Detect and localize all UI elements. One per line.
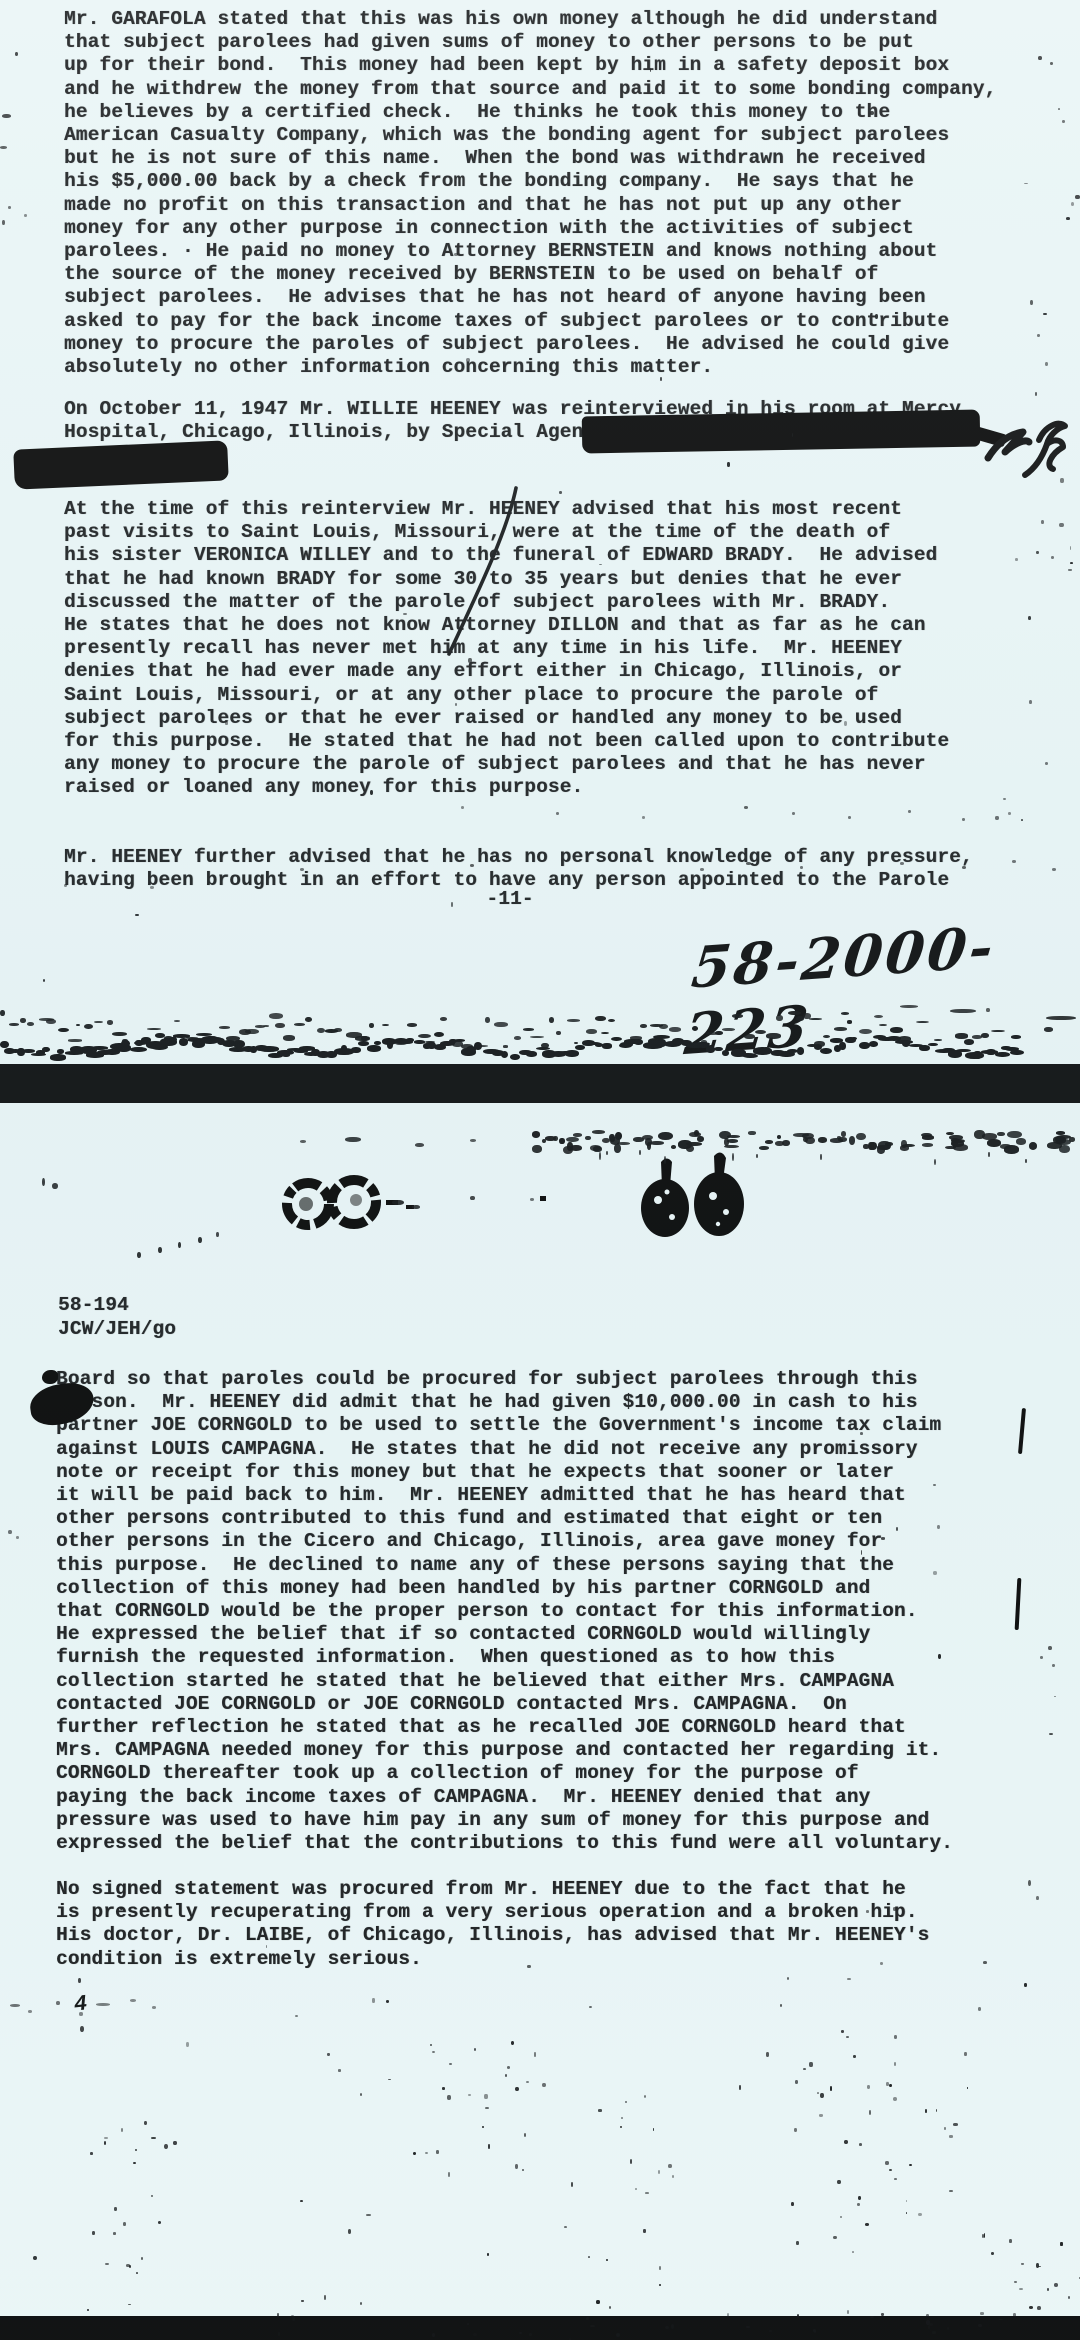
scan-speck [1036, 2263, 1039, 2268]
scan-speck [135, 2149, 137, 2152]
scan-speck [454, 1039, 465, 1042]
scan-speck [515, 2087, 519, 2091]
scan-speck [1011, 1035, 1021, 1039]
scan-speck [559, 491, 562, 494]
typed-file-number: 58-194 [58, 1294, 129, 1317]
typed-paragraph-garafola: Mr. GARAFOLA stated that this was his ow… [64, 8, 996, 379]
scan-speck [840, 2216, 842, 2219]
scan-speck [830, 2086, 833, 2090]
scan-speck [542, 1139, 546, 1143]
scan-speck [601, 1032, 609, 1034]
scan-speck [511, 2041, 514, 2045]
scan-speck [602, 1043, 612, 1048]
scan-speck [908, 810, 911, 813]
scan-speck [78, 1978, 81, 1983]
scan-speck [277, 2313, 279, 2317]
scan-speck [986, 1049, 995, 1055]
scan-speck [96, 2003, 110, 2006]
scan-speck [79, 2012, 83, 2016]
scan-speck [80, 2026, 84, 2032]
scan-speck [890, 1027, 903, 1033]
scan-speck [1007, 1131, 1022, 1138]
scan-speck [43, 979, 45, 982]
scan-speck [1071, 202, 1074, 206]
scan-speck [0, 1010, 5, 1016]
scan-speck [859, 1029, 872, 1034]
scan-speck [706, 1046, 715, 1053]
scan-speck [1048, 1646, 1052, 1650]
scan-speck [611, 1037, 622, 1041]
scan-speck [198, 1237, 202, 1243]
scan-speck [505, 2074, 507, 2078]
scan-speck [10, 2004, 20, 2007]
scan-speck [962, 866, 966, 869]
scan-speck [369, 1023, 374, 1028]
scan-speck [795, 2080, 798, 2084]
scan-speck [819, 2114, 823, 2117]
scan-speck [659, 2284, 661, 2286]
scan-speck [671, 1145, 676, 1149]
scan-speck [953, 2123, 957, 2126]
scan-speck [1037, 334, 1040, 337]
scan-speck [22, 1049, 35, 1053]
scan-speck [880, 1962, 883, 1965]
scan-speck [588, 2256, 590, 2258]
scan-speck [123, 2222, 126, 2226]
scan-speck [997, 1132, 1004, 1136]
scan-speck [794, 2128, 797, 2132]
scan-speck [614, 1144, 621, 1153]
scan-speck [645, 2192, 649, 2194]
scan-speck [1060, 2242, 1062, 2246]
scan-speck [574, 1042, 578, 1044]
scan-speck [147, 1028, 161, 1030]
scan-speck [474, 2048, 476, 2051]
scan-speck [64, 884, 67, 887]
scan-speck [1008, 812, 1011, 815]
scan-speck [983, 1961, 987, 1964]
scan-speck [532, 1145, 541, 1153]
scan-speck [671, 2324, 674, 2329]
scan-speck [283, 1035, 296, 1040]
scan-speck [766, 1033, 781, 1038]
scan-speck [848, 816, 851, 819]
scan-speck [269, 1013, 284, 1019]
scan-speck [275, 1023, 285, 1028]
scan-speck [633, 1137, 644, 1142]
scan-speck [949, 2135, 953, 2137]
scan-speck [1041, 520, 1044, 524]
scan-speck [925, 2109, 927, 2113]
scan-speck [1029, 2306, 1033, 2309]
scan-speck [1050, 62, 1053, 65]
scan-speck [640, 1024, 647, 1028]
scan-speck [526, 1051, 537, 1057]
scan-speck [630, 2159, 632, 2164]
scan-speck [33, 2256, 37, 2260]
scanned-document-page: Mr. GARAFOLA stated that this was his ow… [0, 0, 1080, 2340]
scan-speck [282, 1053, 290, 1057]
scan-speck [900, 1005, 918, 1008]
scan-speck [918, 2213, 922, 2216]
scan-speck [360, 2302, 362, 2305]
scan-speck [1012, 860, 1016, 863]
scan-speck [141, 2257, 144, 2260]
scan-speck [327, 2053, 329, 2056]
scan-speck [621, 2117, 623, 2119]
scan-speck [56, 2001, 60, 2005]
scan-speck [432, 2333, 435, 2337]
scan-speck [361, 1036, 370, 1040]
scan-speck [16, 1536, 19, 1539]
scan-speck [527, 1965, 530, 1969]
scan-speck [934, 1039, 942, 1041]
scan-speck [413, 2152, 416, 2155]
scan-speck [838, 1137, 847, 1142]
scan-speck [861, 1550, 863, 1555]
scan-speck [1062, 120, 1065, 123]
scan-speck [934, 1159, 936, 1165]
scan-speck [114, 2207, 117, 2210]
scan-speck [42, 1047, 49, 1052]
scan-speck [991, 2252, 994, 2255]
scan-speck [1052, 1664, 1055, 1667]
scan-speck [589, 2006, 592, 2008]
scan-speck [889, 2084, 892, 2087]
scan-speck [610, 1137, 621, 1145]
scan-speck [403, 613, 407, 615]
scan-speck [345, 1137, 361, 1142]
redaction-bar-agent-name [582, 410, 981, 454]
scan-speck [425, 2152, 428, 2154]
scan-speck [834, 1027, 847, 1031]
scan-speck [503, 1045, 508, 1047]
scan-speck [530, 1036, 544, 1038]
scan-speck [1054, 1696, 1056, 1698]
scan-speck [553, 1136, 558, 1141]
scan-speck [42, 1178, 45, 1186]
scan-speck [1036, 1896, 1039, 1900]
page-number: -11- [0, 888, 1020, 911]
scan-speck [292, 2316, 295, 2321]
scan-speck [645, 1138, 652, 1146]
scan-speck [1004, 1145, 1020, 1153]
scan-speck [92, 2231, 95, 2234]
scan-speck [936, 2109, 938, 2113]
scan-speck [341, 1045, 347, 1052]
scan-speck [951, 1140, 964, 1147]
scan-speck [442, 2087, 445, 2090]
scan-speck [151, 2137, 155, 2139]
scan-speck [1025, 1159, 1027, 1163]
scan-speck [797, 2314, 799, 2319]
scan-speck [1058, 108, 1061, 110]
scan-speck [300, 868, 304, 871]
scan-speck [625, 2101, 627, 2103]
typed-paragraph-no-statement: No signed statement was procured from Mr… [56, 1878, 929, 1971]
scan-speck [759, 1146, 769, 1150]
scan-speck [27, 1022, 35, 1026]
scan-speck [549, 1017, 554, 1023]
scan-speck [1010, 1050, 1024, 1056]
scan-speck [590, 2325, 594, 2327]
scan-speck [859, 2143, 862, 2146]
scan-speck [87, 2309, 89, 2311]
scan-speck [620, 2126, 622, 2128]
scan-speck [1075, 195, 1079, 199]
scan-speck [932, 2331, 935, 2334]
scan-speck [507, 2066, 510, 2069]
scan-speck [602, 1138, 610, 1143]
scan-speck [665, 2326, 669, 2330]
scan-speck [894, 2035, 897, 2039]
scan-speck [1051, 556, 1054, 559]
scan-speck [386, 2000, 390, 2003]
scan-speck [881, 2313, 884, 2316]
scan-speck [430, 2044, 432, 2046]
scan-speck [739, 2085, 741, 2090]
scan-speck [1024, 183, 1028, 185]
scan-speck [744, 806, 748, 809]
scan-speck [174, 1020, 181, 1022]
scan-speck [669, 1027, 681, 1032]
scan-speck [186, 2042, 189, 2047]
scan-speck [1049, 1733, 1053, 1735]
scan-speck [833, 2236, 837, 2239]
scan-speck [1028, 1880, 1031, 1886]
scan-speck [995, 1052, 1010, 1057]
scan-speck [128, 2304, 131, 2306]
scan-speck [846, 2036, 849, 2038]
scan-speck [387, 1041, 393, 1049]
scan-speck [776, 1015, 783, 1021]
scan-speck [263, 1025, 269, 1027]
scan-speck [658, 2170, 660, 2174]
scan-speck [484, 2094, 487, 2099]
scan-speck [556, 1031, 561, 1035]
scan-speck [782, 1140, 790, 1146]
scan-speck [1070, 562, 1073, 564]
scan-speck [595, 1016, 606, 1021]
scan-speck [1013, 2313, 1016, 2317]
scan-speck [434, 1032, 445, 1038]
scan-speck [50, 1054, 65, 1060]
scan-speck [660, 377, 662, 382]
scan-speck [1038, 56, 1042, 60]
scan-speck [105, 2263, 109, 2265]
pen-stroke [440, 484, 530, 659]
scan-speck [225, 721, 227, 725]
scan-speck [0, 146, 7, 149]
scan-speck [885, 2161, 889, 2165]
scan-speck [732, 1014, 743, 1018]
scan-speck [407, 1023, 417, 1027]
scan-speck [869, 1041, 878, 1047]
scan-speck [487, 2253, 489, 2257]
scan-speck [300, 1140, 306, 1143]
scan-speck [440, 1017, 447, 1021]
scan-speck [982, 1133, 997, 1140]
scan-speck [104, 2141, 106, 2145]
scan-speck [370, 790, 373, 795]
scan-speck [510, 1054, 520, 1060]
scan-speck [634, 1039, 644, 1045]
scan-speck [780, 2004, 782, 2007]
scan-speck [1035, 392, 1037, 395]
scan-speck [921, 1133, 931, 1138]
scan-speck [90, 2152, 93, 2155]
scan-speck [727, 462, 730, 466]
scan-speck [300, 2200, 303, 2202]
scan-speck [295, 2015, 298, 2017]
scan-speck [949, 2190, 953, 2193]
scan-speck [158, 2221, 161, 2224]
scan-speck [84, 1024, 94, 1030]
scan-speck [8, 206, 11, 209]
scan-speck [193, 199, 196, 202]
scan-speck [334, 1028, 342, 1032]
scan-speck [765, 1140, 773, 1144]
scan-speck [599, 1152, 601, 1160]
scan-speck [894, 2062, 896, 2066]
scan-speck [922, 1143, 933, 1147]
scan-speck [849, 1136, 855, 1145]
scan-speck [697, 1136, 704, 1142]
scan-speck [847, 2310, 850, 2314]
scan-speck [566, 1137, 579, 1143]
scan-speck [121, 2128, 123, 2132]
handwritten-mark [986, 406, 1080, 500]
scan-speck [800, 866, 803, 869]
scan-speck [1016, 1138, 1026, 1145]
scan-speck [152, 2006, 156, 2009]
scan-speck [926, 2314, 929, 2317]
scan-speck [305, 1017, 312, 1022]
scan-speck [461, 806, 464, 809]
scan-speck [593, 1146, 601, 1152]
scan-speck [791, 2202, 794, 2206]
scan-speck [144, 2121, 147, 2125]
scan-speck [351, 1047, 361, 1053]
scan-speck [1066, 217, 1070, 220]
typed-typist-initials: JCW/JEH/go [58, 1318, 176, 1341]
scan-speck [809, 2062, 812, 2067]
scan-speck [967, 2087, 969, 2089]
scan-speck [746, 862, 751, 865]
scan-speck [1046, 1016, 1076, 1020]
scan-speck [571, 2182, 574, 2187]
scan-speck [372, 1998, 374, 2003]
scan-speck [567, 1019, 580, 1022]
scan-speck [559, 1138, 564, 1144]
scan-speck [984, 2233, 986, 2238]
scan-speck [609, 2306, 611, 2309]
scan-speck [814, 2330, 816, 2333]
scan-speck [76, 1024, 80, 1026]
scan-speck [317, 1028, 325, 1034]
scan-speck [986, 1008, 990, 1012]
scan-speck [847, 1020, 852, 1023]
scan-speck [650, 1141, 663, 1145]
scan-speck [678, 1140, 692, 1149]
scan-speck [449, 2063, 451, 2065]
scan-speck [466, 358, 470, 362]
scan-speck [392, 1200, 404, 1205]
scan-speck [857, 2203, 860, 2206]
scan-speck [514, 1036, 521, 1040]
scan-speck [893, 2097, 897, 2101]
scan-speck [523, 1028, 534, 1031]
scan-speck [839, 1042, 846, 1050]
scan-speck [388, 2079, 392, 2081]
scan-speck [889, 2169, 892, 2171]
scan-speck [659, 1024, 668, 1029]
scan-speck [877, 1146, 885, 1154]
scan-speck [2, 114, 11, 118]
scan-speck [360, 2093, 362, 2096]
scan-speck [219, 1026, 230, 1029]
scan-speck [470, 1196, 475, 1200]
scan-speck [1030, 300, 1033, 305]
scan-speck [643, 2229, 646, 2232]
scan-speck [988, 1152, 990, 1157]
scan-speck [524, 2133, 526, 2137]
scan-speck [700, 868, 704, 871]
scan-speck [412, 1205, 420, 1209]
ink-blot-drip [42, 1370, 58, 1384]
scan-speck [1068, 2296, 1070, 2299]
scan-speck [863, 1144, 868, 1148]
scan-speck [797, 1047, 805, 1054]
scan-speck [164, 2144, 168, 2149]
scan-speck [130, 1999, 136, 2002]
scan-speck [964, 2052, 966, 2056]
scan-speck [367, 1045, 381, 1052]
scan-speck [468, 658, 472, 663]
scan-speck [532, 1131, 540, 1137]
scan-speck [664, 1156, 666, 1164]
scan-speck [659, 2266, 661, 2270]
scan-speck [817, 2092, 819, 2094]
scan-speck [519, 2332, 522, 2334]
scan-speck [668, 2164, 672, 2168]
scan-speck [436, 2150, 439, 2153]
scan-speck [68, 1039, 82, 1041]
scan-speck [474, 1042, 482, 1050]
scan-speck [1037, 2306, 1041, 2310]
scan-speck [596, 2300, 600, 2304]
scan-speck [158, 1247, 162, 1253]
margin-tick-1 [1018, 1408, 1025, 1454]
margin-tick-2 [1015, 1578, 1021, 1630]
scan-speck [586, 2317, 589, 2320]
scan-speck [848, 1930, 851, 1933]
scan-speck [722, 1028, 734, 1031]
scan-speck [1044, 1027, 1053, 1032]
scan-speck [672, 2175, 675, 2178]
typed-paragraph-corngold: Board so that paroles could be procured … [56, 1368, 953, 1855]
scan-speck [406, 1038, 414, 1042]
scan-speck [1052, 868, 1056, 871]
scan-speck [744, 1034, 755, 1039]
scan-speck [1070, 546, 1072, 550]
scan-speck [844, 721, 847, 726]
scan-speck [415, 1143, 424, 1147]
scan-speck [112, 1032, 127, 1036]
scan-speck [777, 1135, 782, 1140]
scan-speck [522, 2169, 524, 2171]
scan-speck [1029, 700, 1032, 704]
